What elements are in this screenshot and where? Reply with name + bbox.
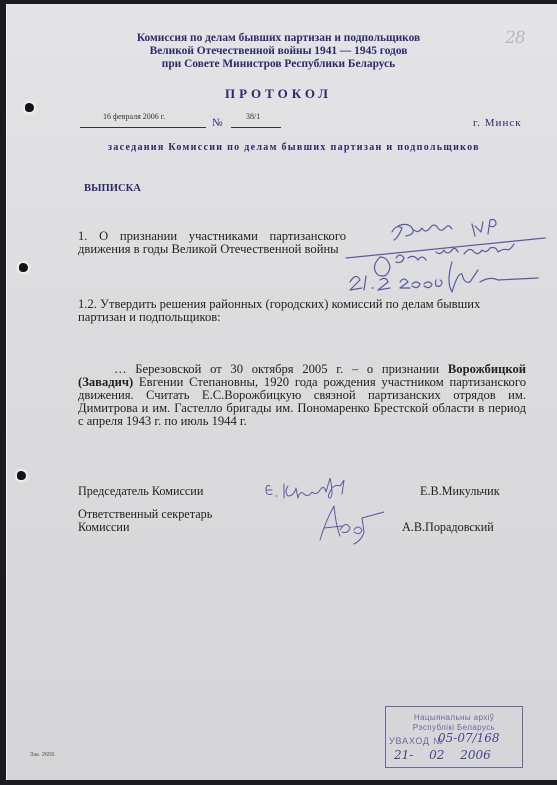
number-sign: №: [212, 117, 223, 129]
header-line-2: Великой Отечественной войны 1941 — 1945 …: [0, 45, 557, 58]
decision-rest: Евгении Степановны, 1920 года рождения у…: [78, 375, 526, 428]
secretary-name: А.В.Порадовский: [402, 521, 494, 534]
stamp-entry-label: УВАХОД №: [389, 736, 444, 746]
protocol-subtitle: заседания Комиссии по делам бывших парти…: [108, 142, 480, 153]
protocol-date: 16 февраля 2006 г.: [103, 112, 165, 121]
stamp-date: 21- 02 2006: [394, 748, 491, 762]
header-line-3: при Совете Министров Республики Беларусь: [0, 58, 557, 71]
secretary-signature: [310, 500, 390, 548]
punch-hole-top: [25, 103, 34, 112]
handwritten-annotation: Дрюба И.П.: [340, 212, 550, 302]
punch-hole-lower: [17, 471, 26, 480]
document-title: ПРОТОКОЛ: [0, 86, 557, 102]
extract-label: ВЫПИСКА: [84, 183, 141, 194]
date-underline: [80, 127, 206, 128]
number-underline: [231, 127, 281, 128]
chairman-role: Председатель Комиссии: [78, 485, 203, 498]
section-1-2-text: 1.2. Утвердить решения районных (городск…: [78, 298, 528, 324]
stamp-archive-name: Нацыянальны архіў: [386, 713, 522, 722]
protocol-number: 38/1: [246, 112, 260, 121]
organization-header: Комиссия по делам бывших партизан и подп…: [0, 32, 557, 71]
secretary-role-line2: Комиссии: [78, 521, 129, 534]
punch-hole-middle: [19, 263, 28, 272]
chairman-name: Е.В.Микульчик: [420, 485, 500, 498]
decision-text: … Березовской от 30 октября 2005 г. – о …: [78, 363, 526, 428]
section-1-heading: 1. О признании участниками партизанского…: [78, 230, 346, 256]
header-line-1: Комиссия по делам бывших партизан и подп…: [0, 32, 557, 45]
stamp-entry-number: 05-07/168: [438, 731, 500, 745]
print-order-code: Зак. 2659.: [30, 752, 56, 758]
handwritten-page-number: 28: [505, 28, 525, 48]
archive-stamp: Нацыянальны архіў Рэспублікі Беларусь УВ…: [385, 706, 523, 768]
city: г. Минск: [473, 117, 522, 129]
decision-prefix: … Березовской от 30 октября 2005 г. – о …: [78, 362, 448, 376]
